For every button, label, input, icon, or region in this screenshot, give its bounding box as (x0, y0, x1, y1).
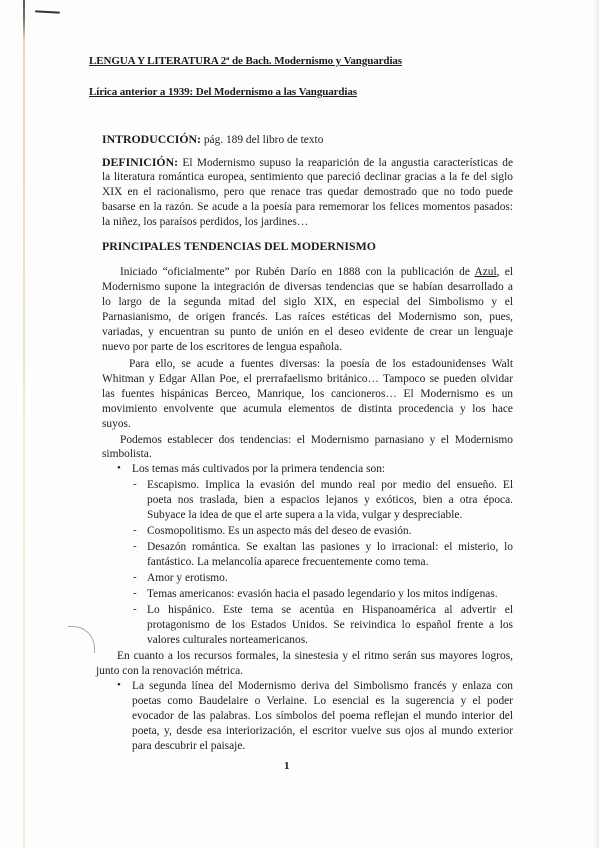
bullet2-line-0: La segunda línea del Modernismo deriva d… (132, 679, 513, 693)
theme-americanos: Temas americanos: evasión hacia el pasad… (147, 587, 498, 601)
document-subtitle: Lírica anterior a 1939: Del Modernismo a… (89, 85, 357, 99)
p3-line-1: simbolista. (102, 447, 152, 461)
bullet2-line-4: para descubrir el paisaje. (132, 739, 245, 753)
definicion-line-1: la literatura romántica europea, sentimi… (102, 170, 513, 184)
introduccion-label: INTRODUCCIÓN: (102, 132, 201, 146)
p2-line-1: Whitman y Edgar Allan Poe, el prerrafael… (102, 372, 513, 386)
theme-escapismo-2: Subyace la idea de que el arte supera a … (147, 508, 462, 522)
p1-line-2: lo largo de la segunda mitad del siglo X… (102, 295, 513, 309)
document-page: LENGUA Y LITERATURA 2ª de Bach. Modernis… (0, 0, 599, 848)
introduccion-line: INTRODUCCIÓN: pág. 189 del libro de text… (102, 132, 323, 147)
theme-hispanico-1: protagonismo de los Estados Unidos. Se r… (147, 618, 513, 632)
p1-line-5: nuevo por parte de los escritores de len… (102, 340, 342, 354)
bullet-icon: • (117, 462, 121, 474)
theme-desazon-1: fantástico. La melancolía aparece frecue… (147, 555, 428, 569)
page-number: 1 (284, 760, 290, 772)
definicion-line-0: DEFINICIÓN: El Modernismo supuso la reap… (102, 155, 513, 170)
p2-line-3: movimiento envolvente que acumula elemen… (102, 402, 513, 416)
p4-line-0: En cuanto a los recursos formales, la si… (117, 649, 513, 663)
p2-line-4: suyos. (102, 417, 131, 431)
bullet2-line-2: evocador de las palabras. Los símbolos d… (132, 709, 513, 723)
definicion-line-4: la niñez, los paraísos perdidos, los jar… (102, 215, 308, 229)
theme-escapismo-1: poeta nos traslada, bien a espacios leja… (147, 493, 513, 507)
dash-icon: - (133, 603, 137, 615)
book-title-azul: Azul (475, 266, 497, 278)
introduccion-text: pág. 189 del libro de texto (201, 134, 323, 146)
theme-escapismo-0: Escapismo. Implica la evasión del mundo … (147, 478, 513, 492)
theme-amor: Amor y erotismo. (147, 571, 228, 585)
p1-line-3: Parnasianismo, de origen francés. Las ra… (102, 310, 513, 324)
p1-line-1: Modernismo supone la integración de dive… (102, 280, 513, 294)
p2-line-0: Para ello, se acude a fuentes diversas: … (129, 357, 513, 371)
p3-line-0: Podemos establecer dos tendencias: el Mo… (120, 433, 513, 447)
theme-cosmopolitismo: Cosmopolitismo. Es un aspecto más del de… (147, 524, 411, 538)
dash-icon: - (133, 524, 137, 536)
section-heading-tendencias: PRINCIPALES TENDENCIAS DEL MODERNISMO (102, 239, 376, 253)
p1-line-0: Iniciado “oficialmente” por Rubén Darío … (120, 265, 513, 279)
bullet2-line-1: poetas como Baudelaire o Verlaine. Lo es… (132, 694, 513, 708)
definicion-line-3: basarse en la razón. Se acude a la poesí… (102, 200, 513, 214)
document-title: LENGUA Y LITERATURA 2ª de Bach. Modernis… (89, 54, 419, 68)
bullet-icon: • (117, 679, 121, 691)
definicion-label: DEFINICIÓN: (102, 155, 178, 169)
p1-line-4: variadas, y encuentran su punto de unión… (102, 325, 513, 339)
theme-desazon-0: Desazón romántica. Se exaltan las pasion… (147, 540, 513, 554)
dash-icon: - (133, 571, 137, 583)
theme-hispanico-2: valores culturales norteamericanos. (147, 633, 308, 647)
p4-line-1: junto con la renovación métrica. (96, 664, 243, 678)
theme-hispanico-0: Lo hispánico. Este tema se acentúa en Hi… (147, 603, 513, 617)
p2-line-2: las fuentes hispánicas Berceo, Manrique,… (102, 387, 513, 401)
dash-icon: - (133, 587, 137, 599)
dash-icon: - (133, 540, 137, 552)
definicion-line-2: XIX en el racionalismo, pero que renace … (102, 185, 513, 199)
dash-icon: - (133, 478, 137, 490)
bullet1-text: Los temas más cultivados por la primera … (132, 462, 385, 476)
bullet2-line-3: poeta, y, desde esa interiorización, el … (132, 724, 513, 738)
